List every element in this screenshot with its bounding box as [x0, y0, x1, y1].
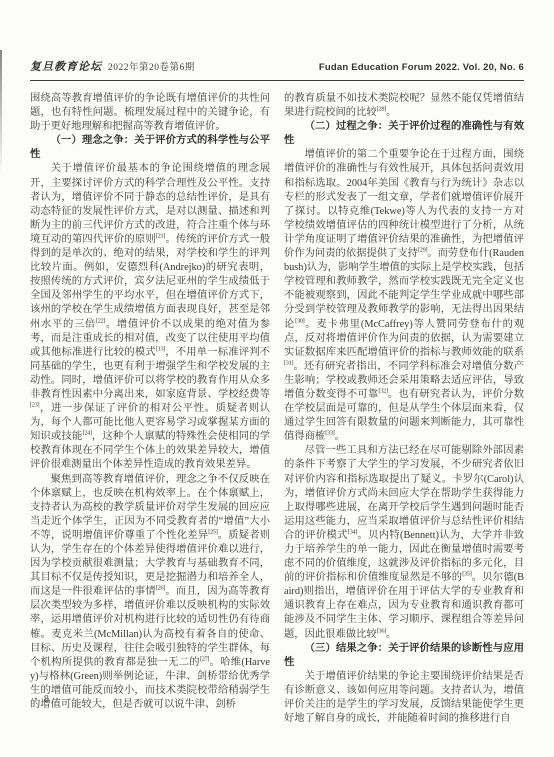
paragraph: 增值评价的第二个重要争论在于过程方面，围绕增值评价的准确性与有效性展开，具体包括…: [284, 148, 524, 444]
column-left: 围绕高等教育增值评价的争论既有增值评价的共性问题，也有特性问题。梳理发展过程中的…: [30, 92, 270, 726]
section-heading: （一）理念之争：关于评价方式的科学性与公平性: [30, 134, 270, 162]
page-number: · 8 ·: [34, 694, 61, 705]
section-heading: （二）过程之争：关于评价过程的准确性与有效性: [284, 120, 524, 148]
scan-edge-shadow: [0, 50, 2, 175]
paragraph: 围绕高等教育增值评价的争论既有增值评价的共性问题，也有特性问题。梳理发展过程中的…: [30, 92, 270, 134]
paragraph: 尽管一些工具和方法已经在尽可能剔除外部因素的条件下考察了大学生的学习发展，不少研…: [284, 444, 524, 641]
page-header: 复旦教育论坛2022年第20卷第6期 Fudan Education Forum…: [30, 57, 524, 81]
two-column-text: 围绕高等教育增值评价的争论既有增值评价的共性问题，也有特性问题。梳理发展过程中的…: [30, 92, 524, 726]
page-content: 复旦教育论坛2022年第20卷第6期 Fudan Education Forum…: [30, 57, 524, 726]
paragraph: 关于增值评价结果的争论主要围绕评价结果是否有诊断意义、该如何应用等问题。支持者认…: [284, 670, 524, 726]
paragraph: 的教育质量不如技术类院校呢？显然不能仅凭增值结果进行院校间的比较[28]。: [284, 92, 524, 120]
section-heading: （三）结果之争：关于评价结果的诊断性与应用性: [284, 642, 524, 670]
journal-name-cn: 复旦教育论坛: [30, 61, 102, 73]
paragraph: 聚焦到高等教育增值评价，理念之争不仅反映在个体禀赋上，也反映在机构效率上。在个体…: [30, 473, 270, 713]
journal-title-en: Fudan Education Forum 2022. Vol. 20, No.…: [319, 62, 524, 73]
issue-info-cn: 2022年第20卷第6期: [108, 63, 195, 73]
column-right: 的教育质量不如技术类院校呢？显然不能仅凭增值结果进行院校间的比较[28]。（二）…: [284, 92, 524, 726]
journal-title-cn: 复旦教育论坛2022年第20卷第6期: [30, 57, 195, 75]
journal-page: 复旦教育论坛2022年第20卷第6期 Fudan Education Forum…: [0, 0, 554, 757]
paragraph: 关于增值评价最基本的争论围绕增值的理念展开，主要探讨评价方式的科学合理性及公平性…: [30, 162, 270, 472]
